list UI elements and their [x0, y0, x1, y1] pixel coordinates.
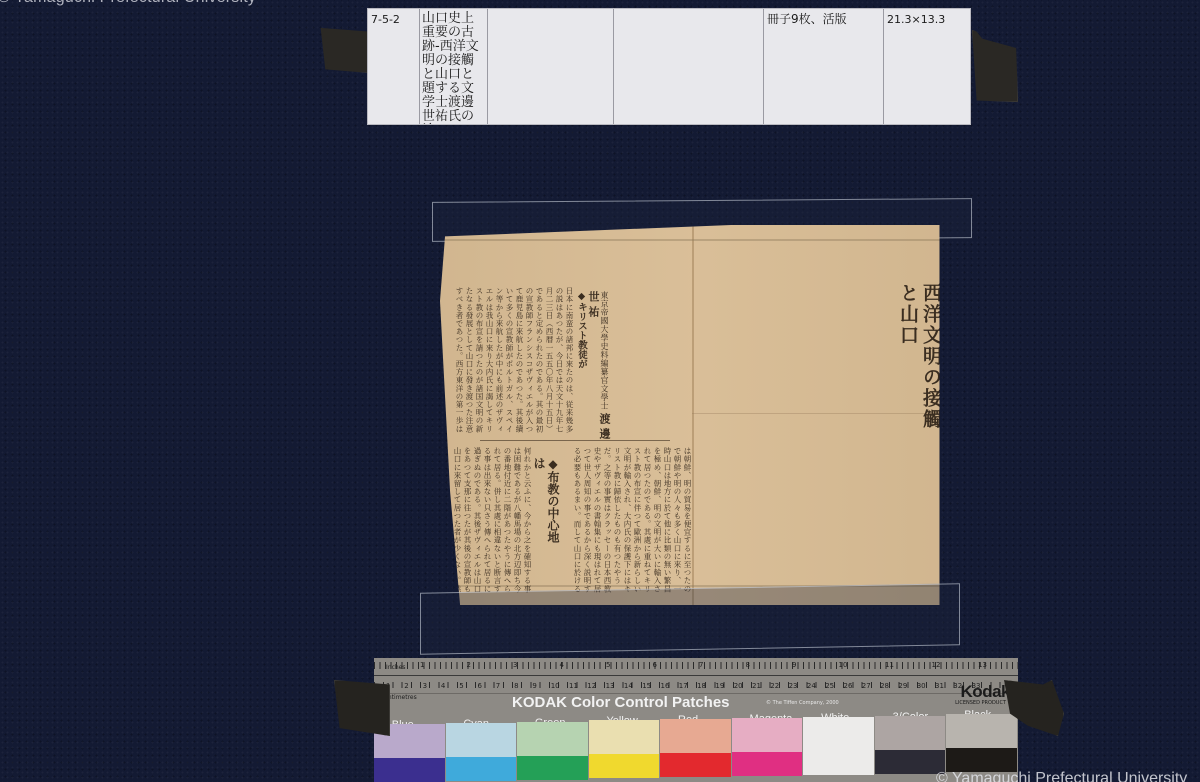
catalog-blank-cell	[488, 9, 614, 124]
kodak-color-strip: Inches Centimetres 12345678910111213 123…	[374, 658, 1018, 782]
ruler-cm-number: 14	[624, 682, 633, 690]
article-body: 何れかと云ふに、今から之を確知する事は困難であるが八幡馬場の北方辺即ち今の番地付…	[454, 447, 532, 595]
fold-line	[440, 239, 942, 241]
patch-light	[589, 720, 660, 754]
ruler-inch-number: 8	[746, 661, 750, 669]
catalog-label: 7-5-2 山口史上重要の古跡-西洋文明の接觸と山口と題する文学士渡邊世祐氏の論…	[367, 8, 971, 125]
ruler-cm-number: 29	[898, 682, 907, 690]
ruler-cm-number: 13	[606, 682, 615, 690]
tape-strip	[334, 680, 390, 736]
ruler-cm-number: 17	[679, 682, 688, 690]
article-headline: 西洋文明の接觸と山口	[610, 283, 942, 443]
ruler-cm-number: 27	[862, 682, 871, 690]
patch-dark	[803, 751, 874, 775]
color-patch-yellow	[589, 720, 660, 778]
color-patch-white	[803, 717, 874, 775]
patch-light	[875, 716, 946, 750]
article-byline: 東京帝國大學史料編纂官文學士 渡邊世祐	[588, 291, 610, 451]
patch-light	[660, 719, 731, 753]
ruler-cm-number: 12	[587, 682, 596, 690]
ruler-cm-number: 24	[807, 682, 816, 690]
catalog-blank-cell	[614, 9, 764, 124]
patch-light	[803, 717, 874, 751]
patch-dark	[589, 754, 660, 778]
ruler-cm-number: 2	[404, 682, 408, 690]
catalog-id: 7-5-2	[368, 9, 420, 124]
ruler-cm-number: 21	[752, 682, 761, 690]
ruler-cm-number: 20	[734, 682, 743, 690]
kodak-licensed-text: LICENSED PRODUCT	[955, 700, 1006, 706]
ruler-inch-number: 3	[513, 661, 517, 669]
patch-dark	[875, 750, 946, 774]
patch-dark	[374, 758, 445, 782]
patch-dark	[946, 748, 1017, 772]
patch-light	[946, 714, 1017, 748]
ruler-cm-number: 26	[844, 682, 853, 690]
tape-strip	[318, 27, 370, 73]
article-body: 日本に南蛮の諸邦に來たのは、従来幾多の説はあつたが、今日では天文十九年七月二三日…	[454, 287, 574, 437]
patch-dark	[446, 757, 517, 781]
color-patch-magenta	[732, 718, 803, 776]
ruler-cm-number: 8	[514, 682, 518, 690]
color-patches	[374, 724, 1018, 782]
watermark-top: © Yamaguchi Prefectural University	[0, 0, 256, 7]
catalog-format: 冊子9枚、活版	[764, 9, 884, 124]
catalog-dimensions: 21.3×13.3	[884, 9, 952, 124]
ruler-inch-number: 12	[932, 661, 941, 669]
ruler-cm-number: 6	[478, 682, 482, 690]
ruler: Inches Centimetres 12345678910111213 123…	[374, 658, 1018, 694]
patch-dark	[517, 756, 588, 780]
ruler-cm-number: 4	[441, 682, 445, 690]
color-patch-red	[660, 719, 731, 777]
strip-copyright: © The Tiffen Company, 2000	[766, 700, 839, 706]
tape-strip	[972, 30, 1018, 102]
patch-light	[732, 718, 803, 752]
acrylic-mount-bottom	[420, 583, 960, 654]
ruler-inch-number: 7	[699, 661, 703, 669]
patch-dark	[660, 753, 731, 777]
ruler-cm-number: 11	[569, 682, 578, 690]
article-body: は朝鮮、明の貿易を便宜するに至つたので朝鮮や明の人々も多く山口に來り、一時山口は…	[552, 447, 692, 595]
ruler-inch-number: 2	[467, 661, 471, 669]
ruler-cm-number: 18	[697, 682, 706, 690]
ruler-inch-number: 10	[839, 661, 848, 669]
ruler-cm-number: 15	[642, 682, 651, 690]
ruler-inch-number: 11	[885, 661, 894, 669]
watermark-bottom: © Yamaguchi Prefectural University	[936, 770, 1187, 782]
ruler-cm-number: 5	[459, 682, 463, 690]
ruler-cm-number: 16	[661, 682, 670, 690]
ruler-inch-number: 13	[978, 661, 987, 669]
color-patch-3-color	[875, 716, 946, 774]
ruler-cm-number: 7	[496, 682, 500, 690]
byline-affiliation: 東京帝國大學史料編纂官文學士	[600, 291, 609, 410]
ruler-cm-number: 30	[917, 682, 926, 690]
ruler-inch-number: 4	[560, 661, 564, 669]
ruler-cm-number: 31	[935, 682, 944, 690]
color-patch-black	[946, 714, 1017, 772]
ruler-cm-number: 10	[551, 682, 560, 690]
ruler-cm-number: 23	[789, 682, 798, 690]
ruler-inches-label: Inches	[386, 664, 406, 671]
patch-dark	[732, 752, 803, 776]
color-patch-cyan	[446, 723, 517, 781]
patch-light	[446, 723, 517, 757]
article-subhead: ◆布教の中心地は	[532, 457, 560, 547]
ruler-inch-number: 5	[606, 661, 610, 669]
color-patch-green	[517, 722, 588, 780]
catalog-title: 山口史上重要の古跡-西洋文明の接觸と山口と題する文学士渡邊世祐氏の論	[420, 9, 488, 124]
ruler-cm-number: 9	[532, 682, 536, 690]
ruler-inch-number: 9	[792, 661, 796, 669]
ruler-inch-number: 1	[420, 661, 424, 669]
ruler-cm-number: 28	[880, 682, 889, 690]
ruler-cm-number: 19	[715, 682, 724, 690]
patch-light	[517, 722, 588, 756]
ruler-cm-number: 25	[825, 682, 834, 690]
column-rule	[480, 440, 670, 441]
ruler-cm-number: 3	[423, 682, 427, 690]
kodak-logo: Kodak	[961, 682, 1010, 702]
newspaper-clipping: 西洋文明の接觸と山口 東京帝國大學史料編纂官文學士 渡邊世祐 ◆キリスト教徒が …	[440, 225, 942, 605]
ruler-cm-number: 22	[770, 682, 779, 690]
article-subhead: ◆キリスト教徒が	[575, 291, 587, 401]
ruler-inch-number: 6	[653, 661, 657, 669]
